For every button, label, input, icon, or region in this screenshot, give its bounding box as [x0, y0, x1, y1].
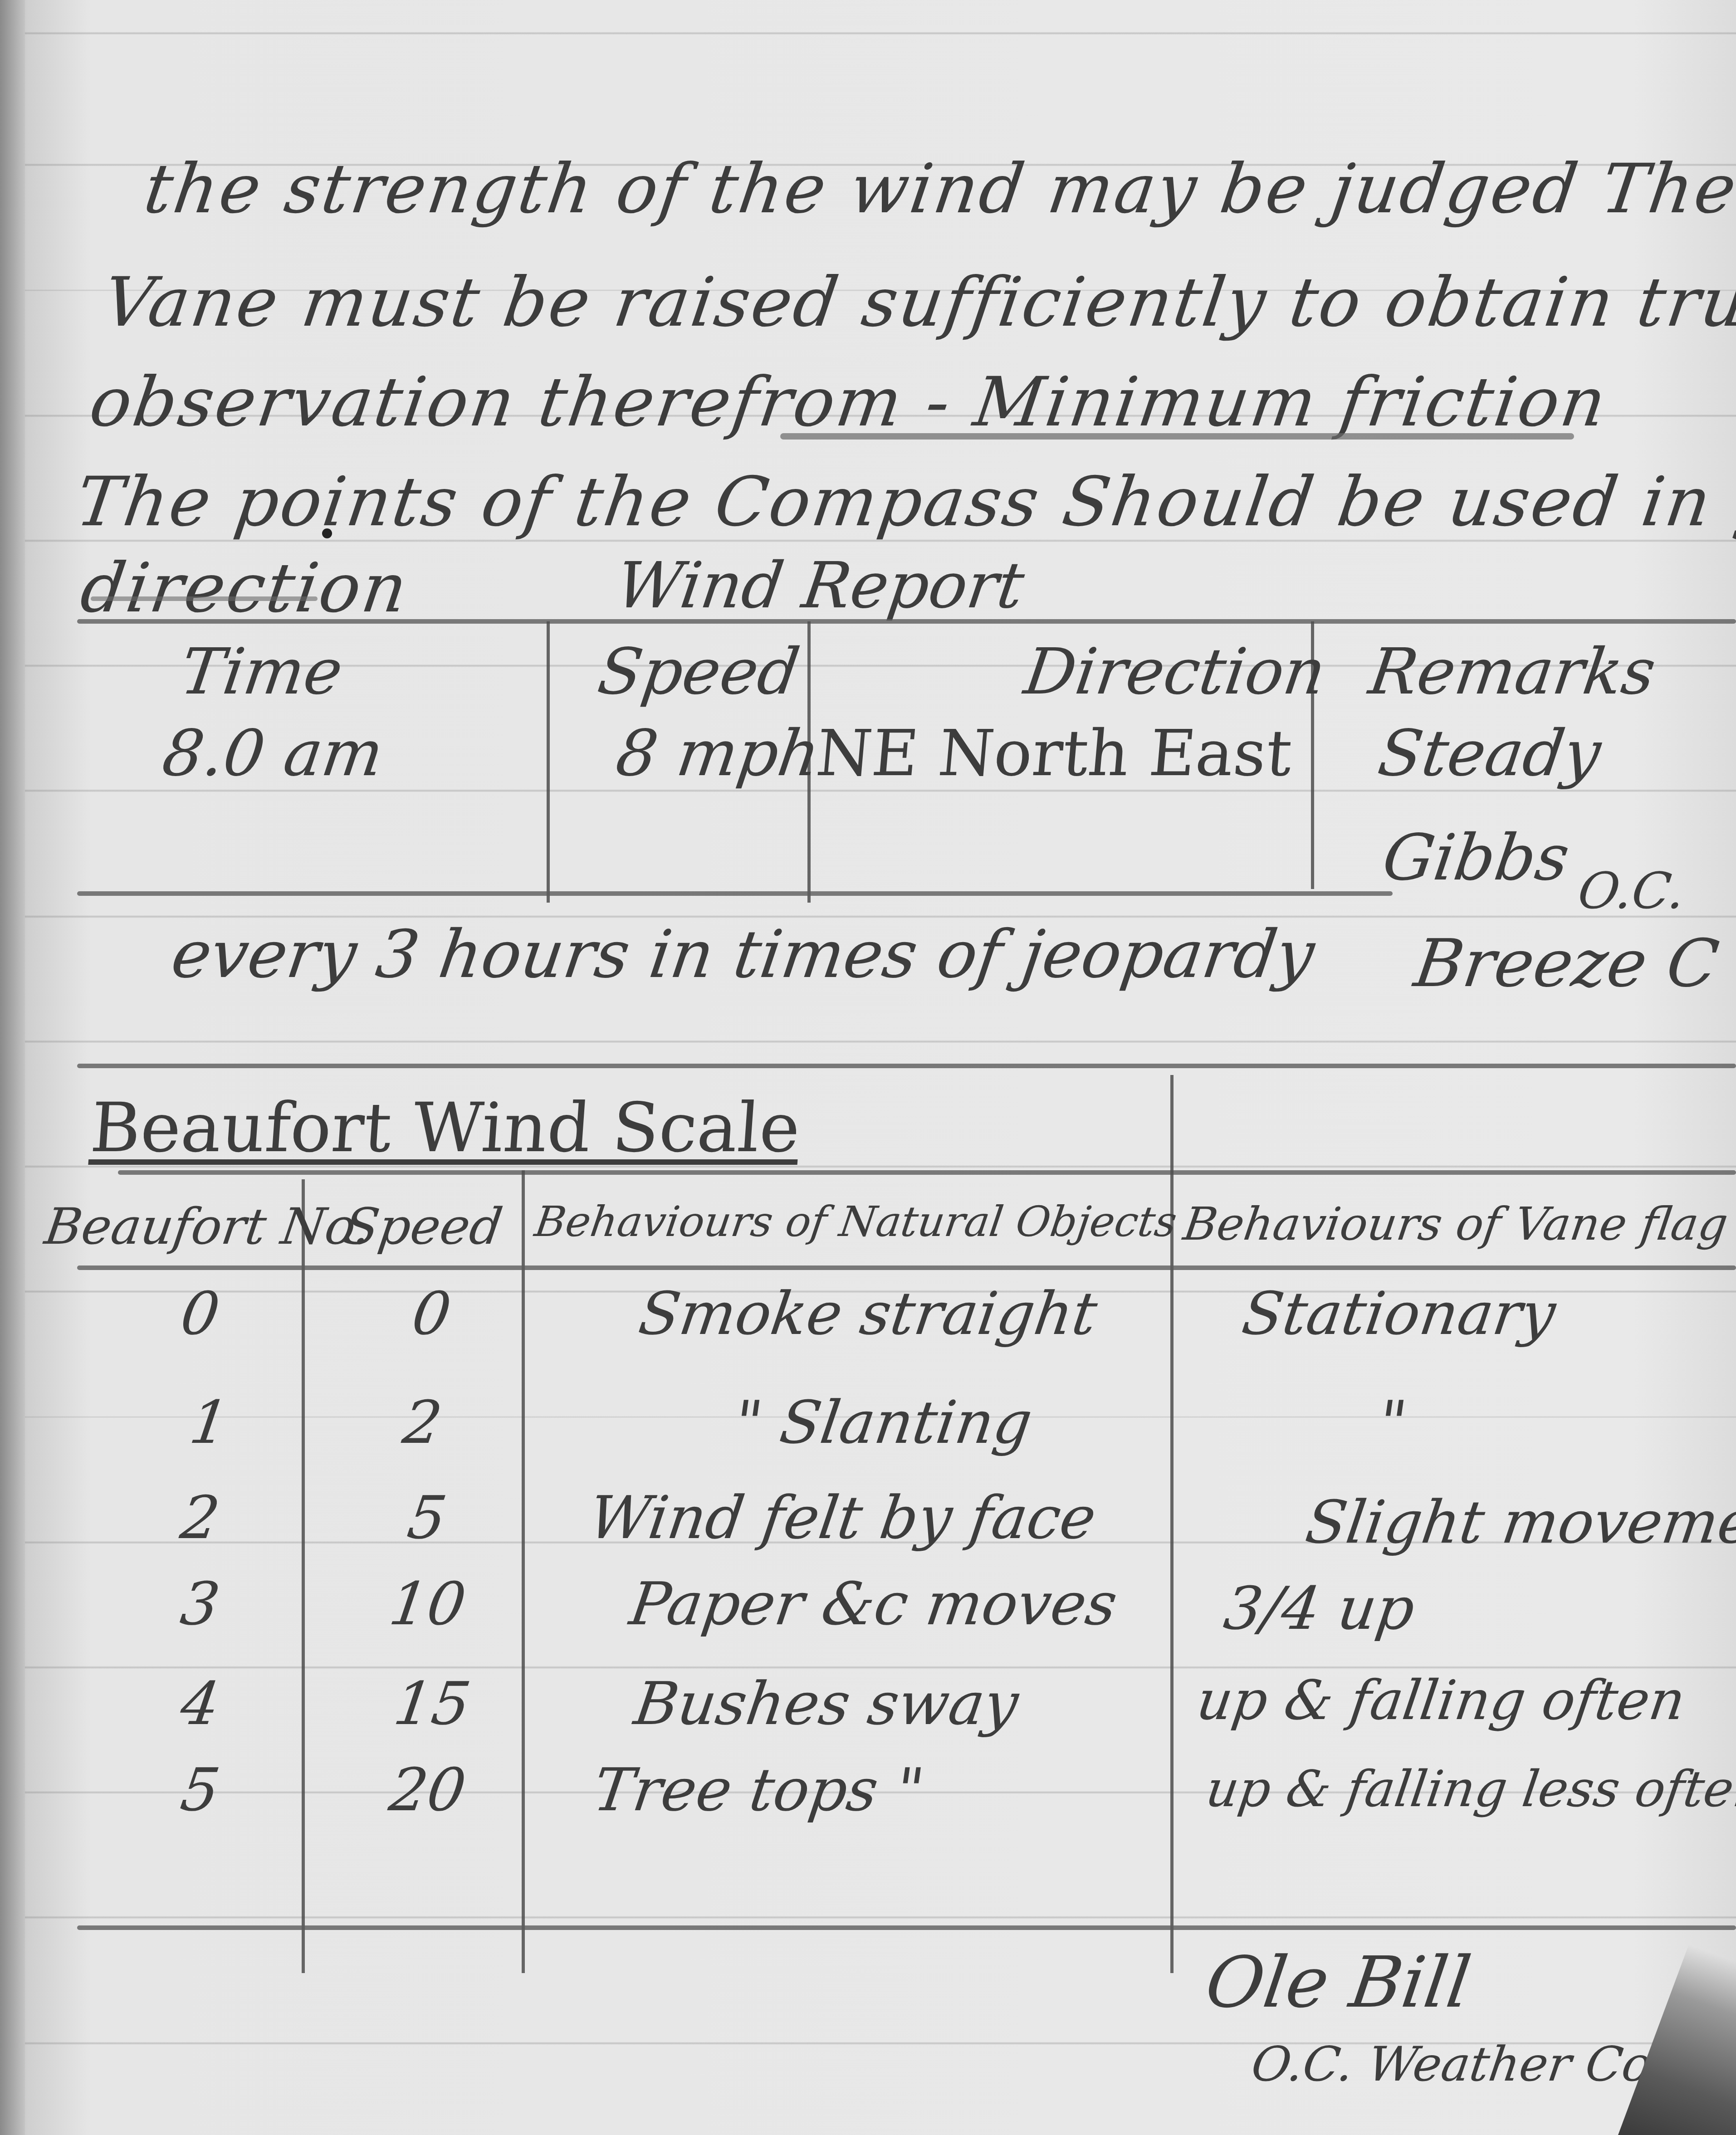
note-line-2: Vane must be raised sufficiently to obta…: [99, 263, 1736, 342]
row-3-natural: Paper &c moves: [626, 1569, 1121, 1638]
beaufort-header-bottom-rule: [77, 1265, 1736, 1270]
header-vane-flag: Behaviours of Vane flag: [1180, 1197, 1731, 1251]
row-1-vane: ": [1374, 1388, 1411, 1457]
signoff-name: Ole Bill: [1201, 1941, 1476, 2023]
header-remarks: Remarks: [1365, 635, 1660, 709]
wind-report-bottom-rule: [77, 891, 1393, 896]
beaufort-top-rule: [77, 1064, 1736, 1068]
pencil-dot: [322, 528, 332, 538]
notebook-binding: [0, 0, 25, 2135]
header-natural-objects: Behaviours of Natural Objects: [532, 1197, 1179, 1246]
row-4-natural: Bushes sway: [630, 1669, 1022, 1738]
signature-gibbs: Gibbs: [1379, 821, 1574, 895]
beaufort-bottom-rule: [77, 1925, 1736, 1930]
note-line-3: observation therefrom - Minimum friction: [85, 363, 1612, 442]
cell-time: 8.0 am: [158, 717, 388, 791]
header-direction: Direction: [1020, 635, 1330, 709]
row-4-no: 4: [176, 1669, 224, 1738]
wind-report-divider-1: [547, 621, 550, 903]
row-2-speed: 5: [403, 1483, 450, 1552]
row-2-vane: Slight movement: [1301, 1488, 1736, 1557]
header-speed: Speed: [594, 635, 804, 709]
row-1-speed: 2: [399, 1388, 446, 1457]
beaufort-title: Beaufort Wind Scale: [88, 1089, 802, 1168]
note-line-5: direction: [76, 549, 414, 628]
breeze-note: Breeze C: [1410, 925, 1723, 1002]
cell-remarks: Steady: [1374, 717, 1605, 791]
wind-report-top-rule: [77, 619, 1736, 624]
signoff-title: O.C. Weather Co.: [1248, 2037, 1669, 2092]
report-frequency-note: every 3 hours in times of jeopardy: [167, 916, 1319, 993]
cell-direction: NE North East: [813, 717, 1295, 791]
notebook-page: the strength of the wind may be judged T…: [0, 0, 1736, 2135]
row-2-no: 2: [176, 1483, 224, 1552]
row-1-natural: " Slanting: [730, 1388, 1036, 1457]
row-4-vane: up & falling often: [1193, 1669, 1689, 1732]
row-5-no: 5: [176, 1755, 224, 1824]
minimum-friction-underline: [780, 433, 1574, 440]
row-5-vane: up & falling less often: [1203, 1760, 1736, 1818]
row-0-vane: Stationary: [1238, 1279, 1560, 1348]
row-3-no: 3: [176, 1569, 224, 1638]
row-4-speed: 15: [390, 1669, 474, 1738]
page-curl-corner: [1618, 1817, 1736, 2135]
note-line-1: the strength of the wind may be judged T…: [140, 150, 1736, 229]
row-2-natural: Wind felt by face: [585, 1483, 1100, 1552]
row-5-speed: 20: [385, 1755, 470, 1824]
row-1-no: 1: [186, 1388, 233, 1457]
row-3-speed: 10: [385, 1569, 470, 1638]
row-0-no: 0: [176, 1279, 224, 1348]
beaufort-header-top-rule: [118, 1170, 1736, 1175]
row-5-natural: Tree tops ": [589, 1755, 928, 1824]
header-time: Time: [176, 635, 347, 709]
note-line-4: The points of the Compass Should be used…: [72, 463, 1736, 542]
row-0-speed: 0: [408, 1279, 455, 1348]
row-0-natural: Smoke straight: [635, 1279, 1101, 1348]
direction-underline: [91, 596, 318, 601]
header-beaufort-no: Beaufort No.: [41, 1197, 375, 1256]
signature-oc: O.C.: [1575, 862, 1689, 920]
cell-speed: 8 mph: [612, 717, 825, 791]
wind-report-title: Wind Report: [612, 549, 1029, 623]
beaufort-divider-1: [302, 1179, 305, 1973]
row-3-vane: 3/4 up: [1220, 1574, 1419, 1643]
beaufort-divider-2: [522, 1170, 525, 1973]
header-speed: Speed: [341, 1197, 506, 1256]
